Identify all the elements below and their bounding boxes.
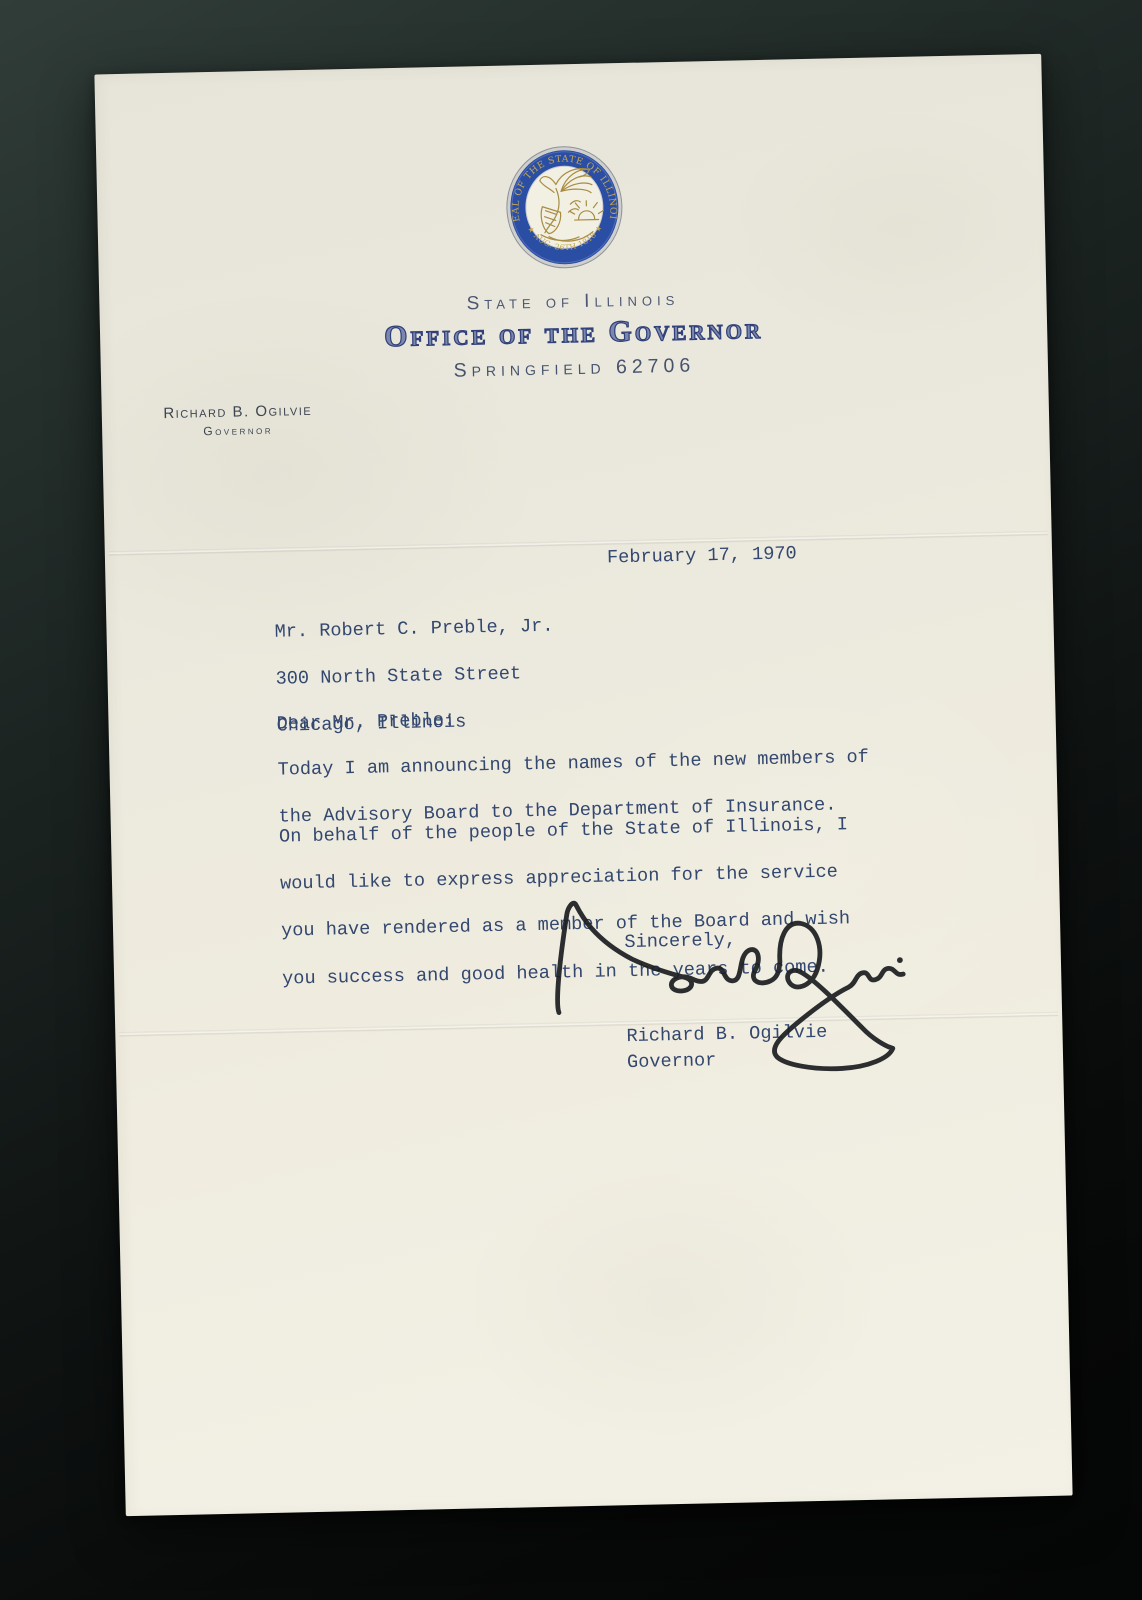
signature-i-dot <box>897 957 903 963</box>
fold-crease-top <box>109 531 1048 556</box>
illinois-state-seal-icon: SEAL OF THE STATE OF ILLINOIS ★ AUG. 26T… <box>503 143 626 272</box>
letter-paper: SEAL OF THE STATE OF ILLINOIS ★ AUG. 26T… <box>94 54 1072 1516</box>
signature-stroke <box>555 896 905 1075</box>
letterhead-official-block: Richard B. Ogilvie Governor <box>148 401 329 439</box>
date-line: February 17, 1970 <box>607 542 797 570</box>
official-name: Richard B. Ogilvie <box>148 401 328 422</box>
salutation: Dear Mr. Preble: <box>276 709 455 736</box>
address-line-2: 300 North State Street <box>275 664 521 690</box>
body-line: Today I am announcing the names of the n… <box>277 747 869 781</box>
official-title: Governor <box>148 421 328 439</box>
signature-autograph <box>532 876 936 1095</box>
photo-background: SEAL OF THE STATE OF ILLINOIS ★ AUG. 26T… <box>0 0 1142 1600</box>
address-line-1: Mr. Robert C. Preble, Jr. <box>274 616 553 643</box>
